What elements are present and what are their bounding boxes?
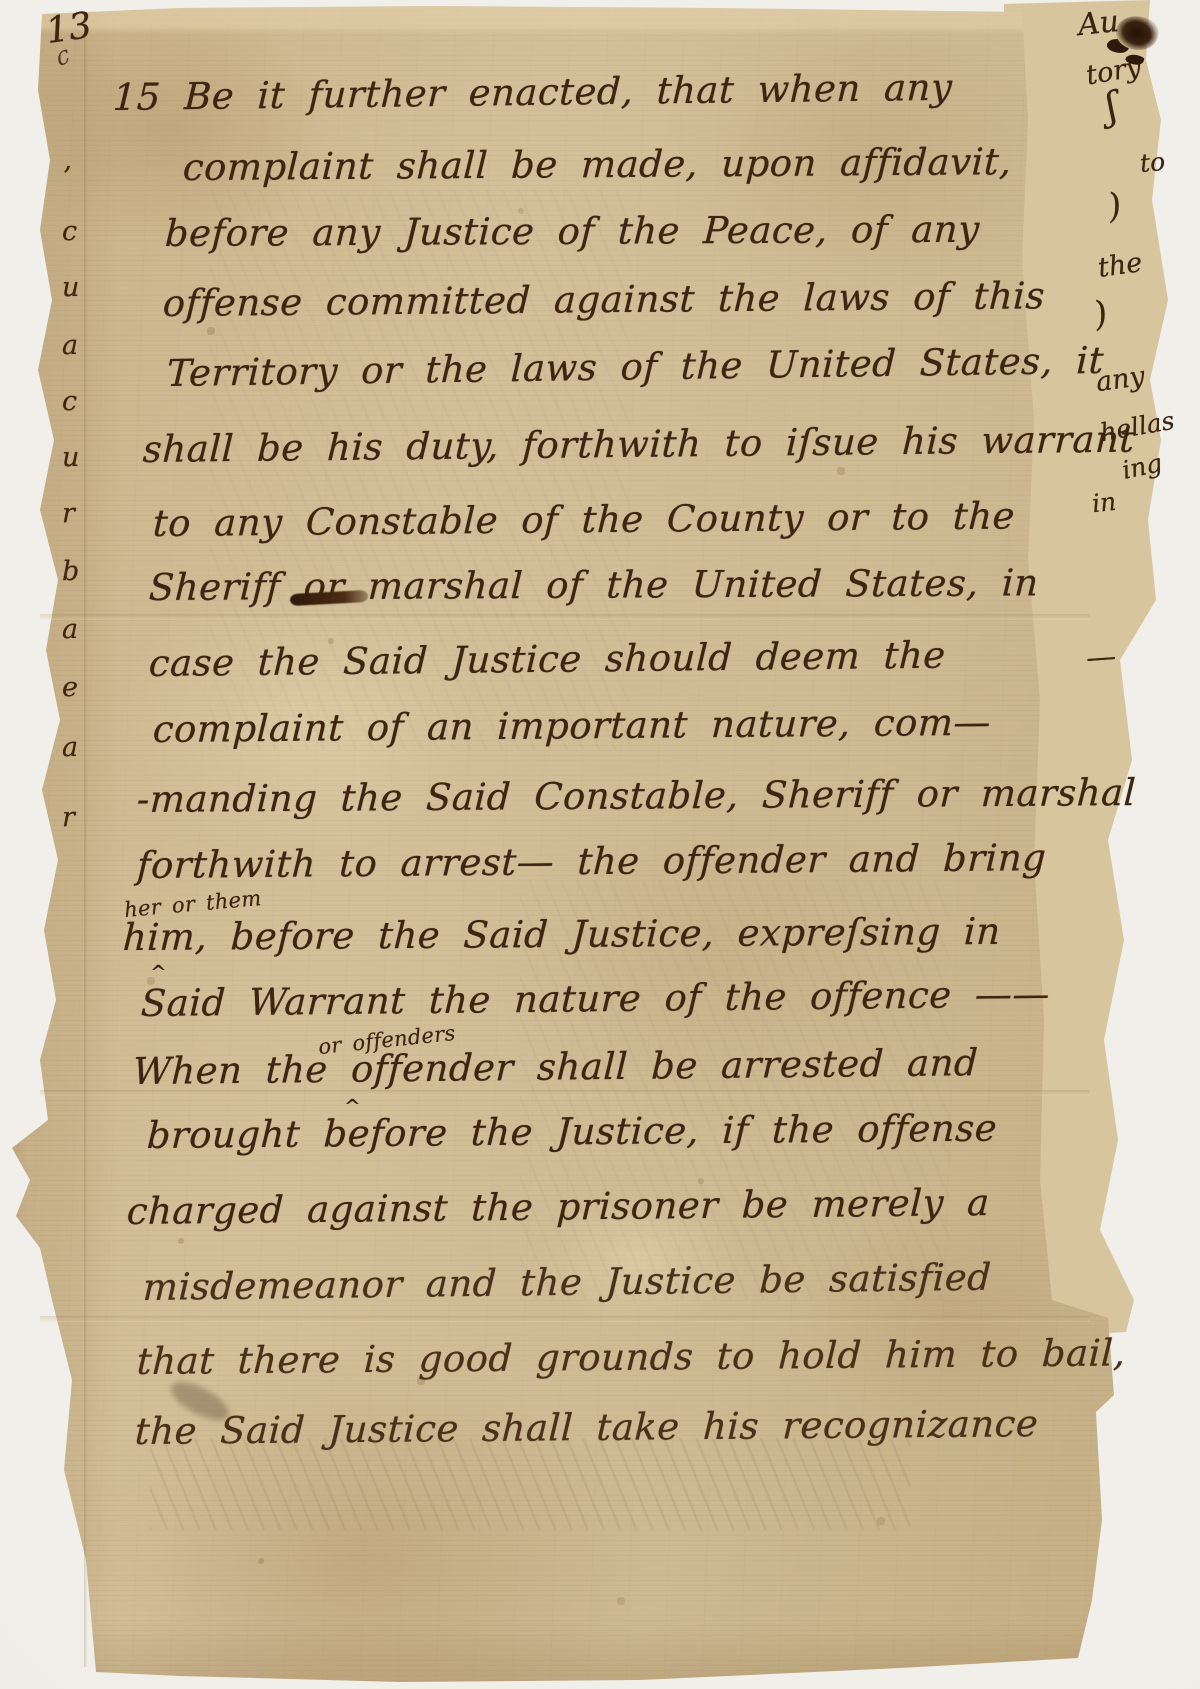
margin-fragment: c [62, 216, 77, 247]
margin-fragment: a [62, 732, 78, 763]
edge-fragment: hellas [1098, 406, 1177, 448]
scanned-document: 13 c 15 Be it further enacted, that when… [0, 0, 1200, 1689]
edge-fragment: ) [1105, 185, 1125, 227]
manuscript-line: complaint shall be made, upon affidavit, [182, 140, 1013, 189]
ink-bleedthrough [520, 880, 950, 1300]
margin-fragment: a [62, 614, 78, 645]
edge-fragment: in [1091, 487, 1118, 518]
margin-fragment: u [62, 442, 79, 473]
edge-fragment: Au [1076, 4, 1120, 43]
edge-fragment: — [1085, 639, 1117, 676]
margin-fragment: r [62, 498, 75, 529]
margin-fragment: a [62, 330, 78, 361]
ink-blot [1112, 10, 1162, 55]
edge-fragment: to [1139, 147, 1167, 178]
edge-fragment: tory [1084, 51, 1144, 91]
manuscript-line: 15 Be it further enacted, that when any [112, 66, 953, 119]
caret-mark: ^ [344, 1094, 361, 1118]
handwriting-layer: 13 c 15 Be it further enacted, that when… [0, 0, 1200, 1689]
margin-fragment: c [62, 386, 77, 417]
edge-fragment: ʃ [1101, 83, 1122, 128]
edge-fragment: the [1096, 247, 1144, 284]
margin-fragment: r [62, 802, 75, 833]
ink-bleedthrough [210, 190, 630, 750]
edge-fragment: any [1094, 361, 1147, 398]
edge-fragment: ) [1090, 293, 1111, 335]
margin-fragment: e [62, 672, 78, 703]
caret-mark: ^ [150, 960, 167, 984]
page-number: 13 [43, 5, 94, 52]
margin-fragment: ʼ [62, 162, 71, 193]
manuscript-line: that there is good grounds to hold him t… [136, 1331, 1127, 1383]
margin-fragment: u [62, 272, 79, 303]
ink-bleedthrough [150, 1438, 910, 1530]
margin-fragment: b [62, 556, 79, 587]
manuscript-line: -manding the Said Constable, Sheriff or … [136, 771, 1137, 821]
